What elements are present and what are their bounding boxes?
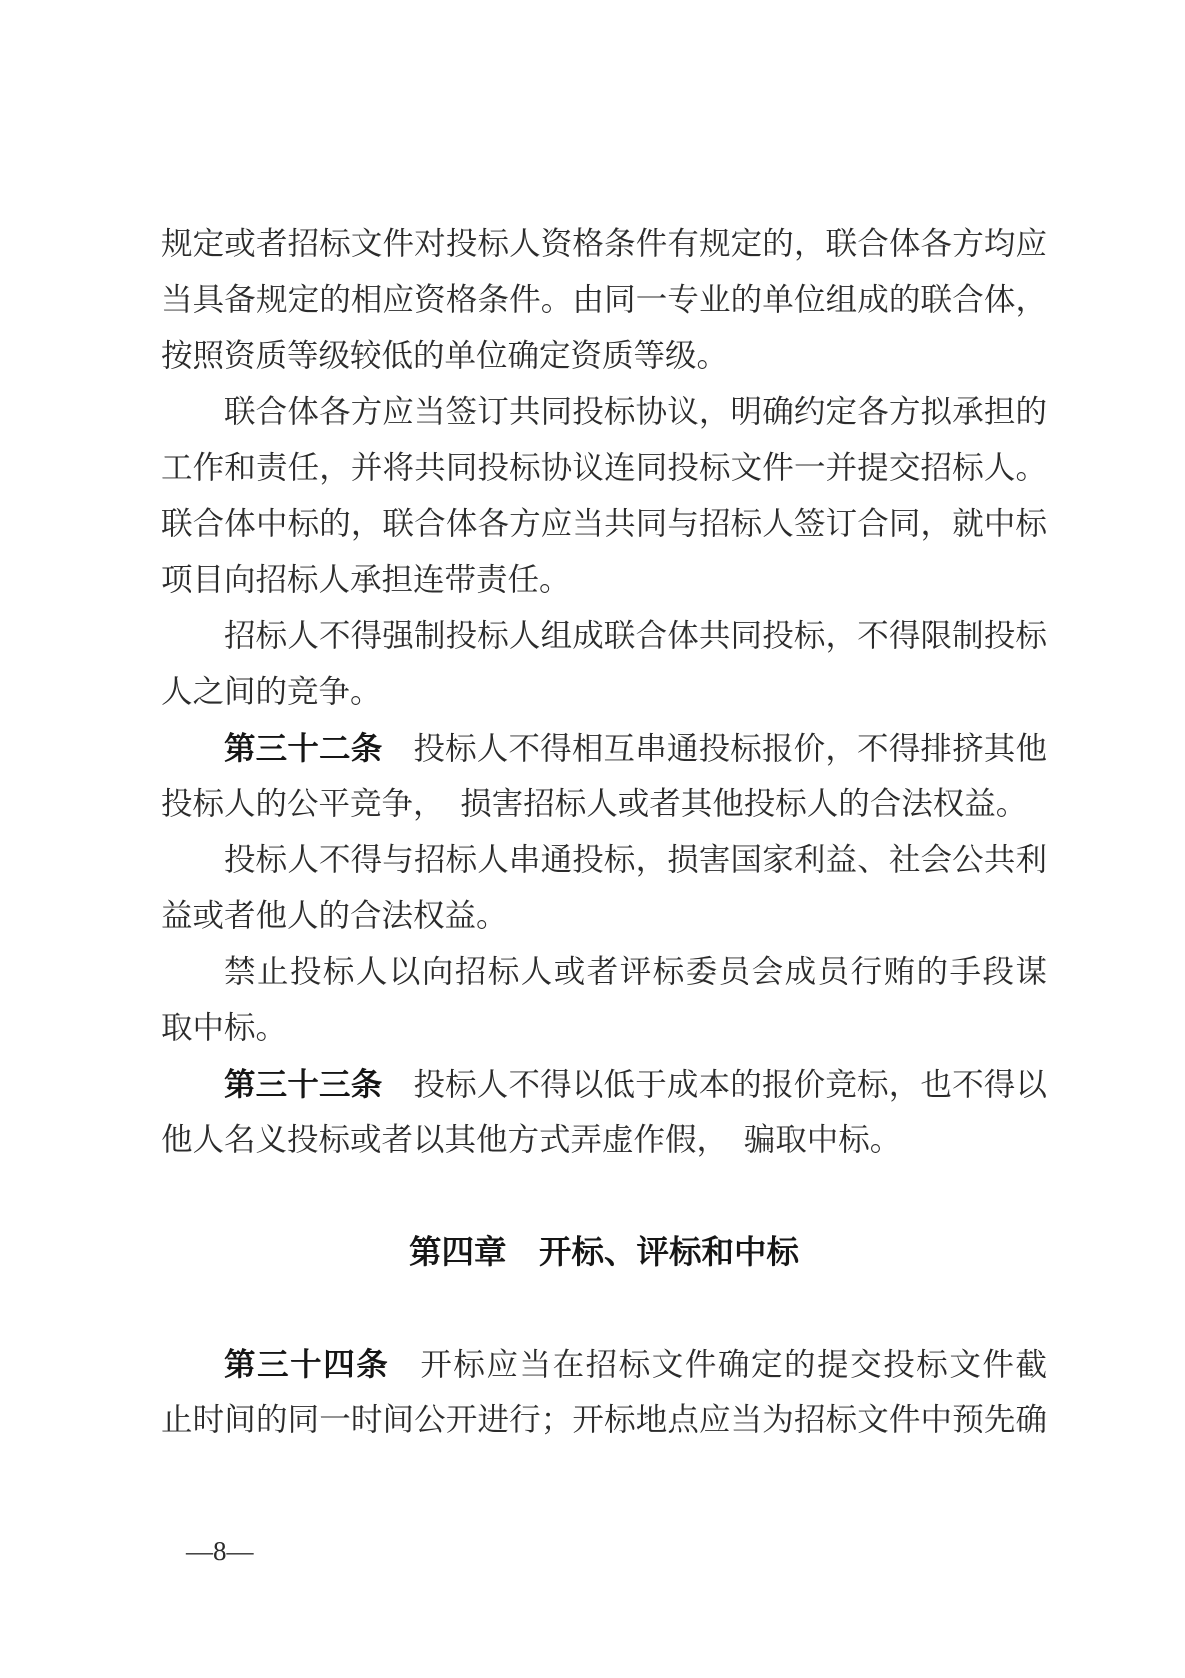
article-number: 第三十四条	[224, 1346, 389, 1382]
text-line: 当具备规定的相应资格条件。由同一专业的单位组成的联合体，	[161, 272, 1047, 328]
article-number: 第三十二条	[224, 730, 382, 766]
chapter-heading: 第四章 开标、评标和中标	[161, 1224, 1047, 1280]
text-line: 规定或者招标文件对投标人资格条件有规定的，联合体各方均应	[161, 216, 1047, 272]
text-line: 他人名义投标或者以其他方式弄虚作假， 骗取中标。	[161, 1112, 1047, 1168]
text-line: 联合体各方应当签订共同投标协议，明确约定各方拟承担的	[161, 384, 1047, 440]
text-line: 止时间的同一时间公开进行；开标地点应当为招标文件中预先确	[161, 1392, 1047, 1448]
text-line: 第三十三条投标人不得以低于成本的报价竞标，也不得以	[161, 1056, 1047, 1112]
text-line: 第三十四条开标应当在招标文件确定的提交投标文件截	[161, 1336, 1047, 1392]
line-text: 开标应当在招标文件确定的提交投标文件截	[420, 1347, 1047, 1382]
text-line: 工作和责任，并将共同投标协议连同投标文件一并提交招标人。	[161, 440, 1047, 496]
article-number: 第三十三条	[224, 1066, 382, 1102]
text-line: 招标人不得强制投标人组成联合体共同投标，不得限制投标	[161, 608, 1047, 664]
document-body: 规定或者招标文件对投标人资格条件有规定的，联合体各方均应 当具备规定的相应资格条…	[161, 216, 1047, 1448]
text-line: 联合体中标的，联合体各方应当共同与招标人签订合同，就中标	[161, 496, 1047, 552]
text-line: 禁止投标人以向招标人或者评标委员会成员行贿的手段谋	[161, 944, 1047, 1000]
text-line: 投标人的公平竞争， 损害招标人或者其他投标人的合法权益。	[161, 776, 1047, 832]
page-number: —8—	[186, 1534, 254, 1568]
line-text: 投标人不得以低于成本的报价竞标，也不得以	[413, 1067, 1047, 1102]
text-line: 投标人不得与招标人串通投标，损害国家利益、社会公共利	[161, 832, 1047, 888]
line-text: 投标人不得相互串通投标报价，不得排挤其他	[413, 731, 1047, 766]
text-line: 人之间的竞争。	[161, 664, 1047, 720]
text-line: 取中标。	[161, 1000, 1047, 1056]
text-line: 益或者他人的合法权益。	[161, 888, 1047, 944]
text-line: 第三十二条投标人不得相互串通投标报价，不得排挤其他	[161, 720, 1047, 776]
document-page: 规定或者招标文件对投标人资格条件有规定的，联合体各方均应 当具备规定的相应资格条…	[0, 0, 1185, 1678]
text-line: 项目向招标人承担连带责任。	[161, 552, 1047, 608]
text-line: 按照资质等级较低的单位确定资质等级。	[161, 328, 1047, 384]
